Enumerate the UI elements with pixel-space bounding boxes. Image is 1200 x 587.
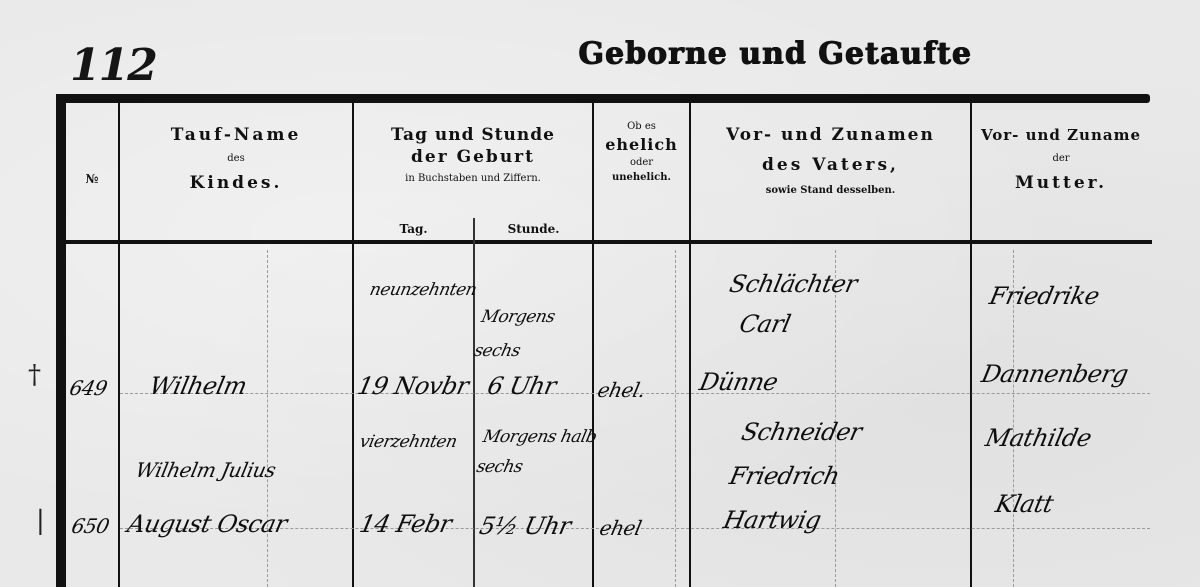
birth-day-words: neunzehnten [368, 280, 478, 300]
child-name: Wilhelm [147, 372, 249, 400]
mother-last-name: Dannenberg [979, 360, 1130, 388]
entry-nr: 650 [69, 514, 111, 538]
header-father: Vor- und Zunamen des Vaters, sowie Stand… [691, 124, 970, 198]
father-first-name: Friedrich [727, 462, 842, 490]
birth-hour: 5½ Uhr [477, 512, 573, 540]
mother-first-name: Mathilde [983, 424, 1094, 452]
child-name-line2: August Oscar [125, 510, 289, 538]
birth-hour-words: Morgens halb sechs [474, 422, 601, 482]
register-title: Geborne und Getaufte [578, 36, 972, 71]
margin-mark: † [28, 360, 41, 390]
col-divider-day-hour [473, 218, 475, 587]
birth-hour-words: Morgens sechs [471, 300, 595, 368]
header-nr: № [66, 168, 118, 187]
header-nr-label: № [85, 172, 98, 186]
header-birth-day: Tag. [354, 218, 473, 237]
table-top-border [56, 94, 1150, 103]
entry-nr: 649 [67, 376, 109, 400]
father-occupation: Schneider [739, 418, 864, 446]
child-name-line1: Wilhelm Julius [133, 458, 277, 482]
legitimacy: ehel [597, 516, 643, 540]
birth-day: 19 Novbr [355, 372, 471, 400]
father-occupation: Schlächter [727, 270, 859, 298]
header-birth-hour: Stunde. [475, 218, 592, 237]
register-page: 112 Geborne und Getaufte № Tauf-Name des… [0, 0, 1200, 587]
mother-last-name: Klatt [993, 490, 1056, 518]
father-last-name: Dünne [697, 368, 780, 396]
header-mother: Vor- und Zuname der Mutter. [972, 124, 1150, 194]
mother-first-name: Friedrike [987, 282, 1102, 310]
father-first-name: Carl [737, 310, 793, 338]
birth-day: 14 Febr [357, 510, 454, 538]
legitimacy: ehel. [595, 378, 647, 402]
birth-hour: 6 Uhr [485, 372, 559, 400]
header-legitimacy: Ob es ehelich oder unehelich. [594, 120, 689, 186]
header-birth: Tag und Stunde der Geburt in Buchstaben … [354, 124, 592, 186]
margin-mark: | [36, 506, 45, 536]
table-left-border [56, 94, 66, 587]
header-bottom-rule [66, 240, 1152, 244]
father-last-name: Hartwig [721, 506, 823, 534]
birth-day-words: vierzehnten [358, 432, 459, 452]
page-number: 112 [70, 40, 156, 91]
guide-line [675, 250, 676, 587]
header-child-name: Tauf-Name des Kindes. [120, 124, 352, 194]
